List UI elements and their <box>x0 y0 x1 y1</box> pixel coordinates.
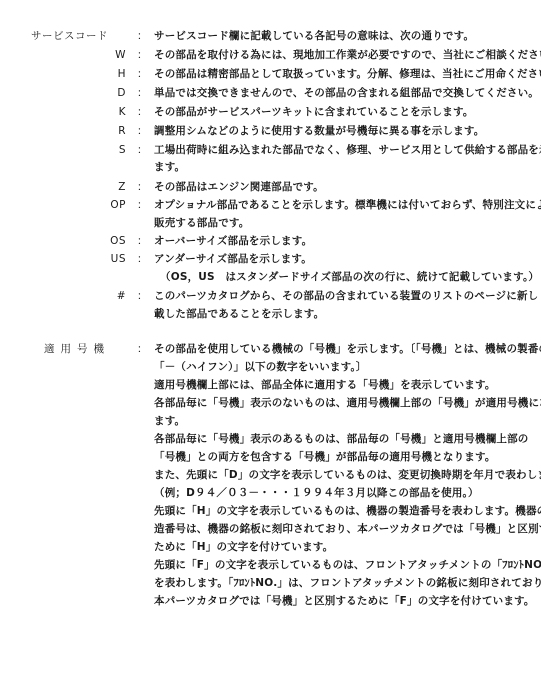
document-page-lower <box>0 0 541 700</box>
